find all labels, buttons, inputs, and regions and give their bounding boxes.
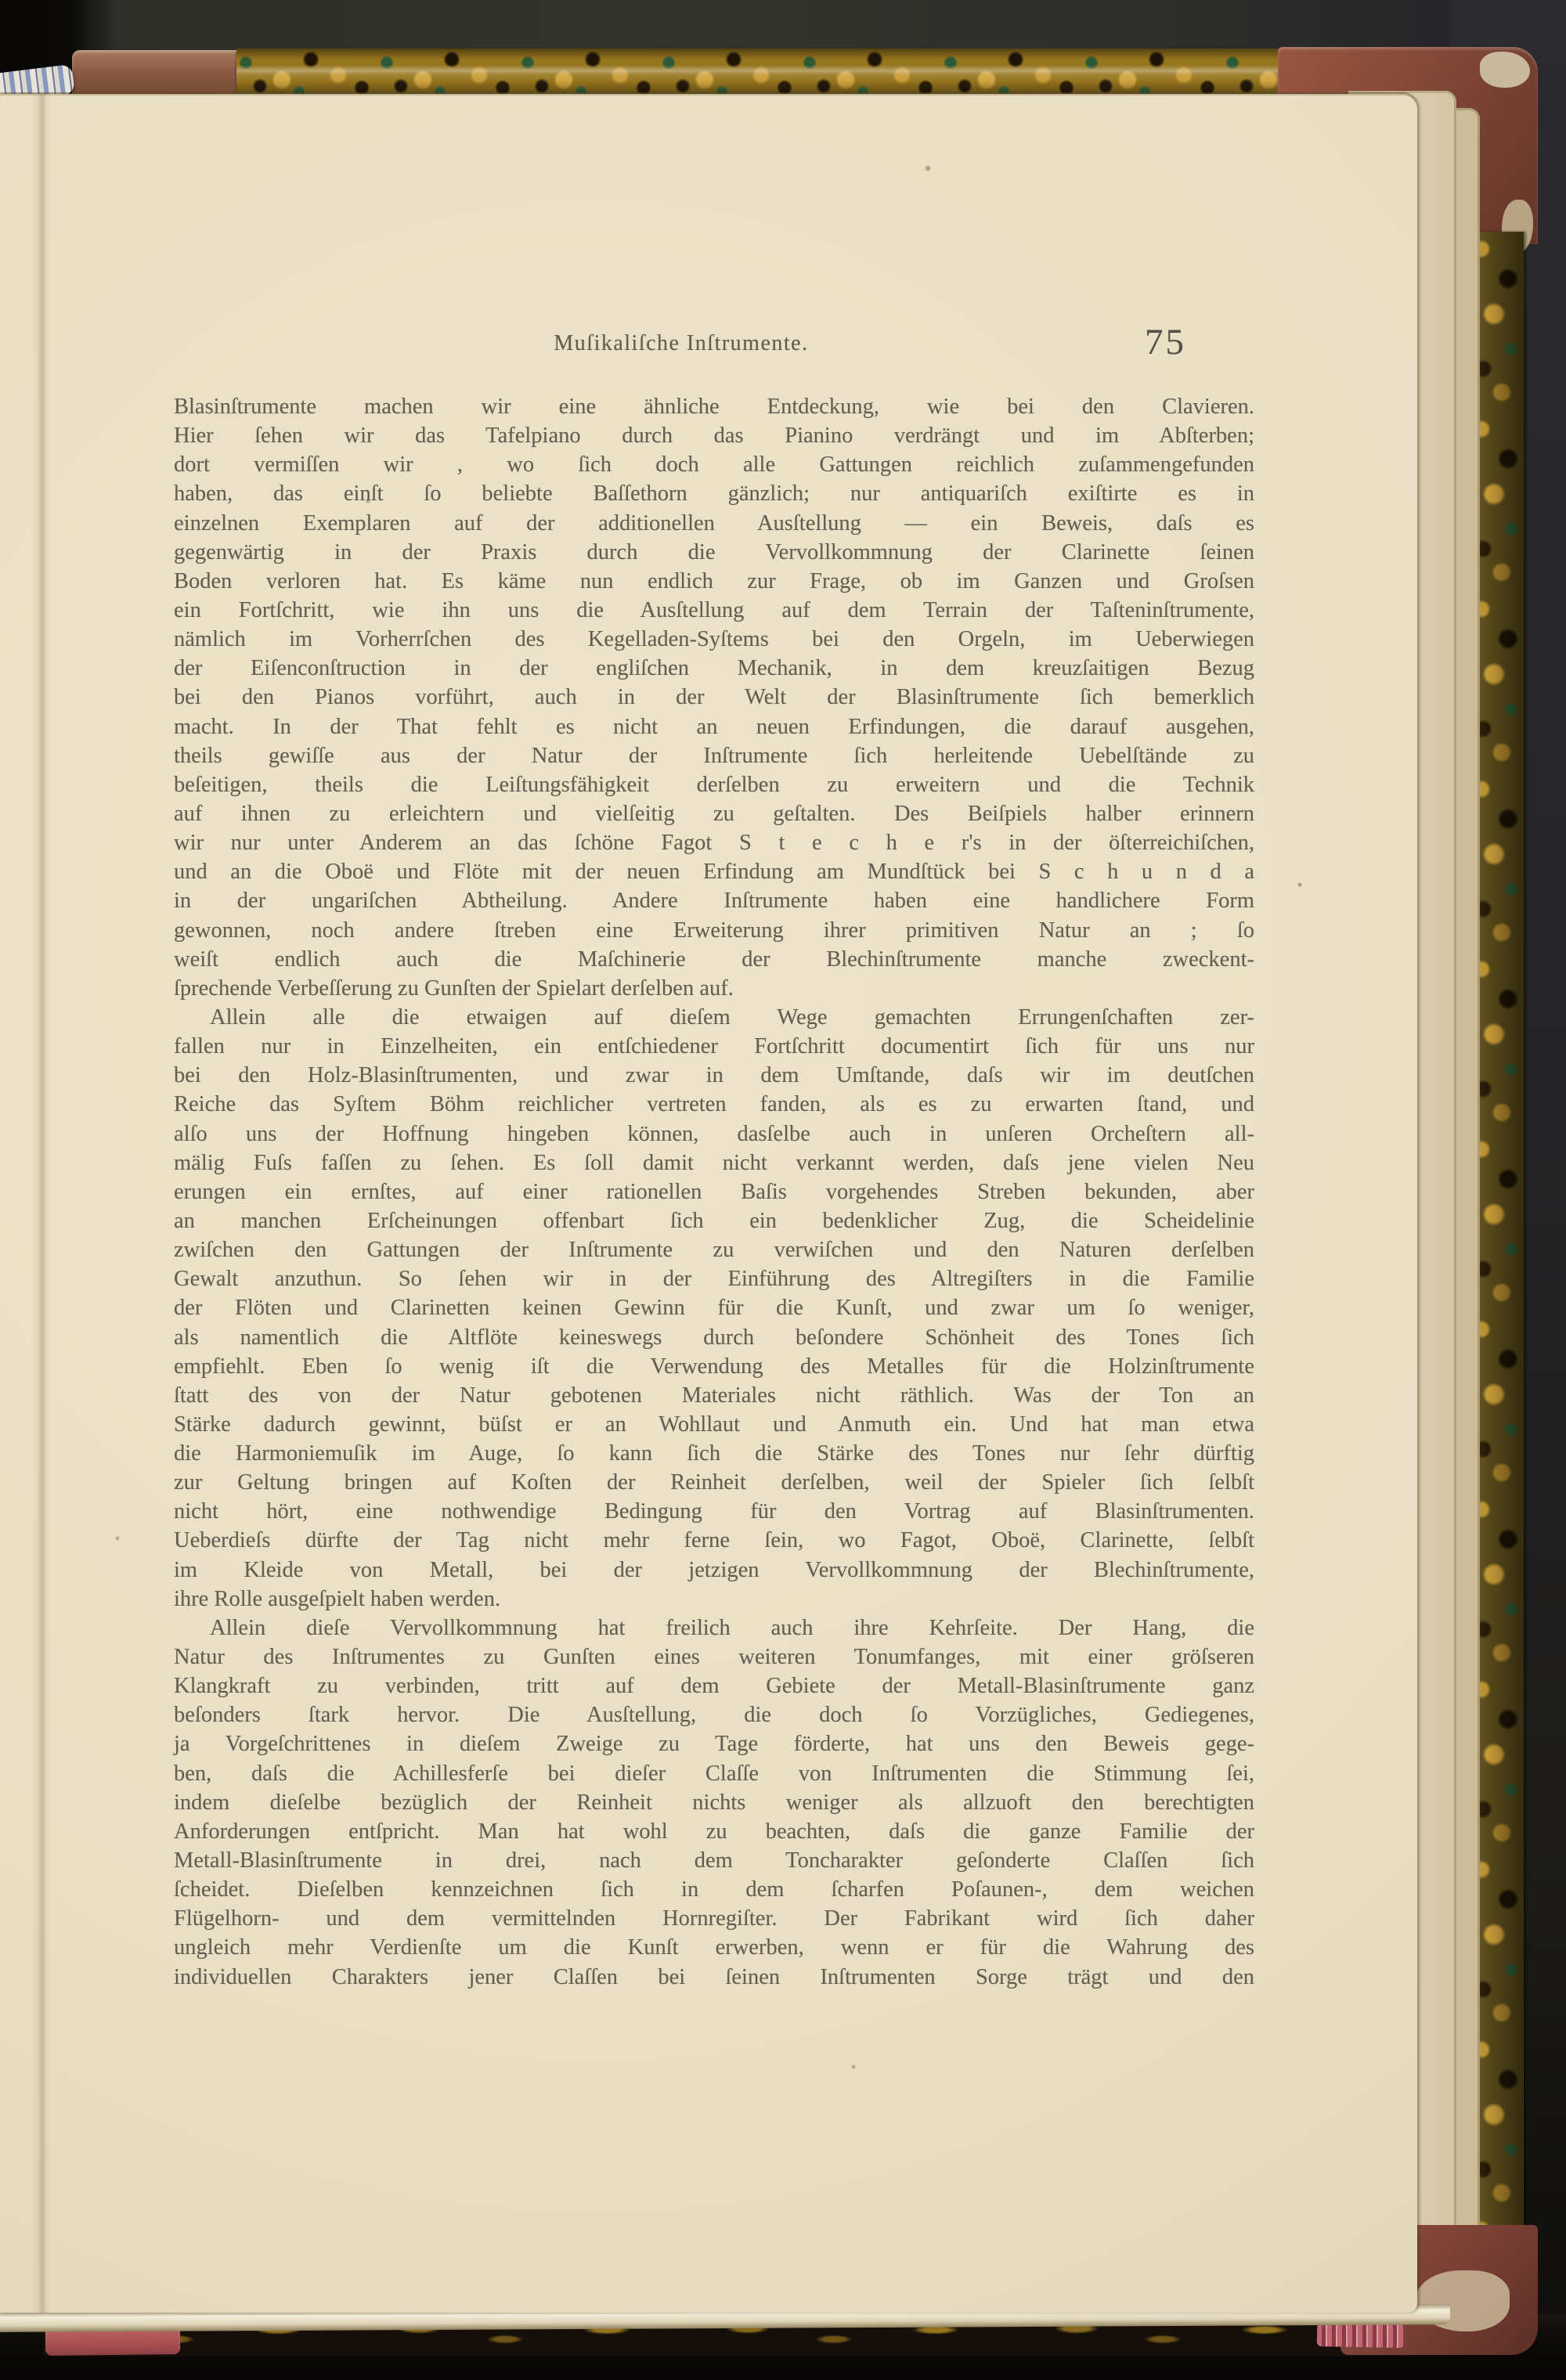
text-line: wir nur unter Anderem an das ſchöne Fago… <box>174 828 1254 857</box>
text-line: erungen ein ernſtes, auf einer rationell… <box>174 1177 1254 1206</box>
text-line: bei den Holz-Blasinſtrumenten, und zwar … <box>174 1061 1254 1090</box>
text-line: empfiehlt. Eben ſo wenig iſt die Verwend… <box>174 1352 1254 1381</box>
text-line: fallen nur in Einzelheiten, ein entſchie… <box>174 1032 1254 1061</box>
text-line: ein Fortſchritt, wie ihn uns die Ausſtel… <box>174 596 1254 625</box>
book-scan: Muſikaliſche Inſtrumente. 75 Blasinſtrum… <box>0 0 1566 2380</box>
text-line: als namentlich die Altflöte keineswegs d… <box>174 1323 1254 1352</box>
text-line: der Eiſenconſtruction in der engliſchen … <box>174 654 1254 683</box>
text-line: Allein alle die etwaigen auf dieſem Wege… <box>174 1003 1254 1032</box>
worn-paper-scrap <box>1480 52 1530 88</box>
text-line: ſcheidet. Dieſelben kennzeichnen ſich in… <box>174 1875 1254 1904</box>
text-line: beſeitigen, theils die Leiſtungsfähigkei… <box>174 770 1254 799</box>
text-line: theils gewiſſe aus der Natur der Inſtrum… <box>174 741 1254 770</box>
text-line: ihre Rolle ausgeſpielt haben werden. <box>174 1585 1254 1614</box>
text-line: ſprechende Verbeſſerung zu Gunſten der S… <box>174 974 1254 1003</box>
text-line: mälig Fuſs faſſen zu ſehen. Es ſoll dami… <box>174 1149 1254 1177</box>
text-line: nämlich im Vorherrſchen des Kegelladen-S… <box>174 625 1254 654</box>
text-line: ben, daſs die Achillesferſe bei dieſer C… <box>174 1759 1254 1788</box>
text-line: die Harmoniemuſik im Auge, ſo kann ſich … <box>174 1439 1254 1468</box>
text-line: nicht hört, eine nothwendige Bedingung f… <box>174 1497 1254 1526</box>
text-line: Stärke dadurch gewinnt, büſst er an Wohl… <box>174 1410 1254 1439</box>
text-line: in der ungariſchen Abtheilung. Andere In… <box>174 886 1254 915</box>
page-number: 75 <box>1145 323 1186 362</box>
body-text: Blasinſtrumente machen wir eine ähnliche… <box>174 392 1254 1992</box>
text-line: individuellen Charakters jener Claſſen b… <box>174 1963 1254 1992</box>
text-line: gewonnen, noch andere ſtreben eine Erwei… <box>174 916 1254 945</box>
text-line: Gewalt anzuthun. So ſehen wir in der Ein… <box>174 1264 1254 1293</box>
text-line: Blasinſtrumente machen wir eine ähnliche… <box>174 392 1254 421</box>
book-page: Muſikaliſche Inſtrumente. 75 Blasinſtrum… <box>0 94 1417 2313</box>
text-line: der Flöten und Clarinetten keinen Gewinn… <box>174 1293 1254 1322</box>
text-line: auf ihnen zu erleichtern und vielſeitig … <box>174 799 1254 828</box>
text-line: Ueberdieſs dürfte der Tag nicht mehr fer… <box>174 1526 1254 1555</box>
text-line: Reiche das Syſtem Böhm reichlicher vertr… <box>174 1090 1254 1119</box>
text-line: weiſt endlich auch die Maſchinerie der B… <box>174 945 1254 974</box>
text-line: einzelnen Exemplaren auf der additionell… <box>174 509 1254 538</box>
text-line: Anforderungen entſpricht. Man hat wohl z… <box>174 1817 1254 1846</box>
text-line: Klangkraft zu verbinden, tritt auf dem G… <box>174 1671 1254 1700</box>
text-line: beſonders ſtark hervor. Die Ausſtellung,… <box>174 1700 1254 1729</box>
running-header: Muſikaliſche Inſtrumente. <box>368 331 994 356</box>
headband-bottom <box>1317 2323 1405 2348</box>
text-line: im Kleide von Metall, bei der jetzigen V… <box>174 1556 1254 1585</box>
text-line: und an die Oboë und Flöte mit der neuen … <box>174 857 1254 886</box>
text-line: ungleich mehr Verdienſte um die Kunſt er… <box>174 1933 1254 1962</box>
book-cover-marble-top-edge <box>236 49 1290 97</box>
text-line: dort vermiſſen wir , wo ſich doch alle G… <box>174 450 1254 479</box>
text-line: bei den Pianos vorführt, auch in der Wel… <box>174 683 1254 712</box>
text-line: Hier ſehen wir das Tafelpiano durch das … <box>174 421 1254 450</box>
text-line: zur Geltung bringen auf Koſten der Reinh… <box>174 1468 1254 1497</box>
text-line: Metall-Blasinſtrumente in drei, nach dem… <box>174 1846 1254 1875</box>
text-line: indem dieſelbe bezüglich der Reinheit ni… <box>174 1788 1254 1817</box>
text-line: gegenwärtig in der Praxis durch die Verv… <box>174 538 1254 567</box>
text-line: macht. In der That fehlt es nicht an neu… <box>174 712 1254 741</box>
text-line: ja Vorgeſchrittenes in dieſem Zweige zu … <box>174 1729 1254 1758</box>
text-line: alſo uns der Hoffnung hingeben können, d… <box>174 1120 1254 1149</box>
text-line: an manchen Erſcheinungen offenbart ſich … <box>174 1206 1254 1235</box>
book-cover-leather-top-edge <box>72 50 246 99</box>
text-line: Flügelhorn- und dem vermittelnden Hornre… <box>174 1904 1254 1933</box>
text-line: Natur des Inſtrumentes zu Gunſten eines … <box>174 1643 1254 1671</box>
text-line: zwiſchen den Gattungen der Inſtrumente z… <box>174 1235 1254 1264</box>
text-line: Allein dieſe Vervollkommnung hat freilic… <box>174 1614 1254 1643</box>
text-line: Boden verloren hat. Es käme nun endlich … <box>174 567 1254 596</box>
text-line: haben, das einſt ſo beliebte Baſſethorn … <box>174 479 1254 508</box>
text-line: ſtatt des von der Natur gebotenen Materi… <box>174 1381 1254 1410</box>
